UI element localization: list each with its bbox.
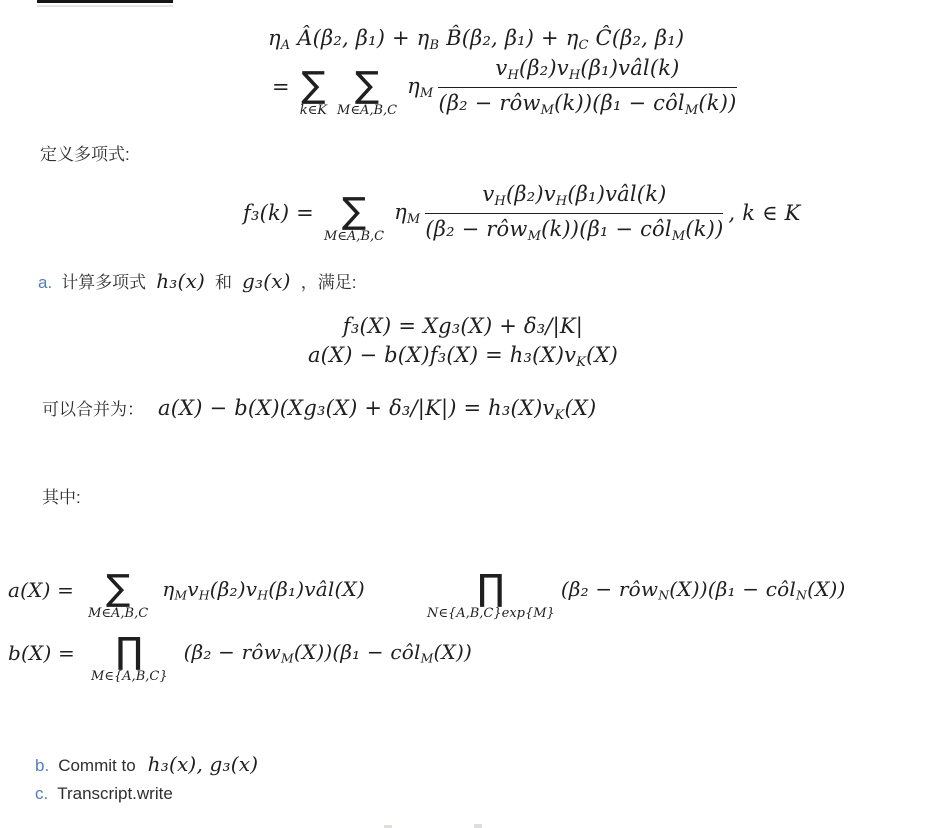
eta-M-coefficient: ηM: [407, 74, 433, 101]
item-a-text-post: ，满足:: [301, 268, 357, 293]
sum-over-k: ∑ k∈K: [300, 69, 327, 118]
h3x-inline: h₃(x): [156, 269, 205, 293]
item-b-text: Commit to: [58, 756, 135, 776]
where-label: 其中:: [42, 483, 81, 508]
g3x-inline: g₃(x): [242, 269, 291, 293]
aX-middle-term: ηMvH(β₂)vH(β₁)vâl(X): [162, 577, 365, 603]
item-c-text: Transcript.write: [57, 784, 173, 804]
sum-limit: M∈A,B,C: [324, 230, 384, 245]
aX-lhs: a(X) =: [8, 578, 74, 602]
equation-bX-definition: b(X) = ∏ M∈{A,B,C} (β₂ − rôwM(X))(β₁ − c…: [8, 622, 472, 684]
equation-eta-combination-line1: ηA Â(β₂, β₁) + ηB B̂(β₂, β₁) + ηC Ĉ(β₂, …: [268, 26, 684, 53]
equation-aX-bX-f3X: a(X) − b(X)f₃(X) = h₃(X)vK(X): [0, 343, 926, 370]
fraction-numerator: vH(β₂)vH(β₁)vâl(k): [487, 56, 687, 84]
eta-M-coefficient: ηM: [394, 200, 420, 227]
define-polynomial-label: 定义多项式:: [40, 140, 130, 165]
merged-equation: a(X) − b(X)(Xg₃(X) + δ₃/|K|) = h₃(X)vK(X…: [158, 396, 596, 423]
product-limit: N∈{A,B,C}exp{M}: [427, 607, 555, 622]
f3-domain-condition: , k ∈ K: [728, 201, 800, 225]
product-icon: ∏: [477, 572, 504, 606]
product-icon: ∏: [116, 635, 143, 669]
sum-over-M: ∑ M∈A,B,C: [324, 195, 384, 244]
document-page: { "colors": { "accent_blue": "#527fb8", …: [0, 0, 926, 828]
merge-label: 可以合并为：: [42, 395, 144, 420]
equation-f3X: f₃(X) = Xg₃(X) + δ₃/|K|: [0, 314, 926, 338]
sum-over-M: ∑ M∈A,B,C: [88, 572, 148, 621]
bX-product-terms: (β₂ − rôwM(X))(β₁ − côlM(X)): [184, 640, 472, 666]
sum-icon: ∑: [342, 195, 366, 229]
fraction-numerator: vH(β₂)vH(β₁)vâl(k): [474, 182, 674, 210]
equation-aX-definition: a(X) = ∑ M∈A,B,C ηMvH(β₂)vH(β₁)vâl(X) ∏ …: [8, 560, 846, 620]
sum-over-M: ∑ M∈A,B,C: [337, 69, 397, 118]
merged-equation-line: 可以合并为： a(X) − b(X)(Xg₃(X) + δ₃/|K|) = h₃…: [42, 395, 596, 423]
cropped-text-bottom: [474, 824, 482, 828]
list-item-c: c. Transcript.write: [35, 784, 173, 804]
aX-product-terms: (β₂ − rôwN(X))(β₁ − côlN(X)): [561, 577, 846, 603]
f3-lhs: f₃(k) =: [243, 201, 314, 225]
h3g3-inline: h₃(x), g₃(x): [148, 752, 259, 776]
product-over-M: ∏ M∈{A,B,C}: [91, 635, 168, 684]
sum-limit: M∈A,B,C: [88, 607, 148, 622]
equation-eta-combination-line2: = ∑ k∈K ∑ M∈A,B,C ηM vH(β₂)vH(β₁)vâl(k) …: [272, 56, 742, 118]
sum-limit: k∈K: [300, 104, 327, 119]
fraction: vH(β₂)vH(β₁)vâl(k) (β₂ − rôwM(k))(β₁ − c…: [438, 56, 736, 118]
cropped-text-top: [37, 0, 173, 3]
sum-icon: ∑: [106, 572, 130, 606]
list-item-b: b. Commit to h₃(x), g₃(x): [35, 752, 258, 776]
equals-sign: =: [272, 75, 290, 99]
cropped-text-top-shadow: [37, 5, 173, 7]
list-marker-a: a.: [38, 273, 52, 293]
bX-lhs: b(X) =: [8, 641, 75, 665]
fraction-denominator: (β₂ − rôwM(k))(β₁ − côlM(k)): [438, 87, 736, 118]
sum-icon: ∑: [301, 69, 325, 103]
fraction-denominator: (β₂ − rôwM(k))(β₁ − côlM(k)): [425, 213, 723, 244]
sum-icon: ∑: [355, 69, 379, 103]
sum-limit: M∈A,B,C: [337, 104, 397, 119]
item-a-text-pre: 计算多项式: [61, 268, 146, 293]
equation-f3-definition: f₃(k) = ∑ M∈A,B,C ηM vH(β₂)vH(β₁)vâl(k) …: [243, 182, 801, 244]
product-limit: M∈{A,B,C}: [91, 670, 168, 685]
product-over-N: ∏ N∈{A,B,C}exp{M}: [427, 572, 555, 621]
item-a-text-mid: 和: [215, 268, 232, 293]
fraction: vH(β₂)vH(β₁)vâl(k) (β₂ − rôwM(k))(β₁ − c…: [425, 182, 723, 244]
list-marker-b: b.: [35, 756, 49, 776]
list-item-a: a. 计算多项式 h₃(x) 和 g₃(x) ，满足:: [38, 268, 356, 293]
list-marker-c: c.: [35, 784, 48, 804]
